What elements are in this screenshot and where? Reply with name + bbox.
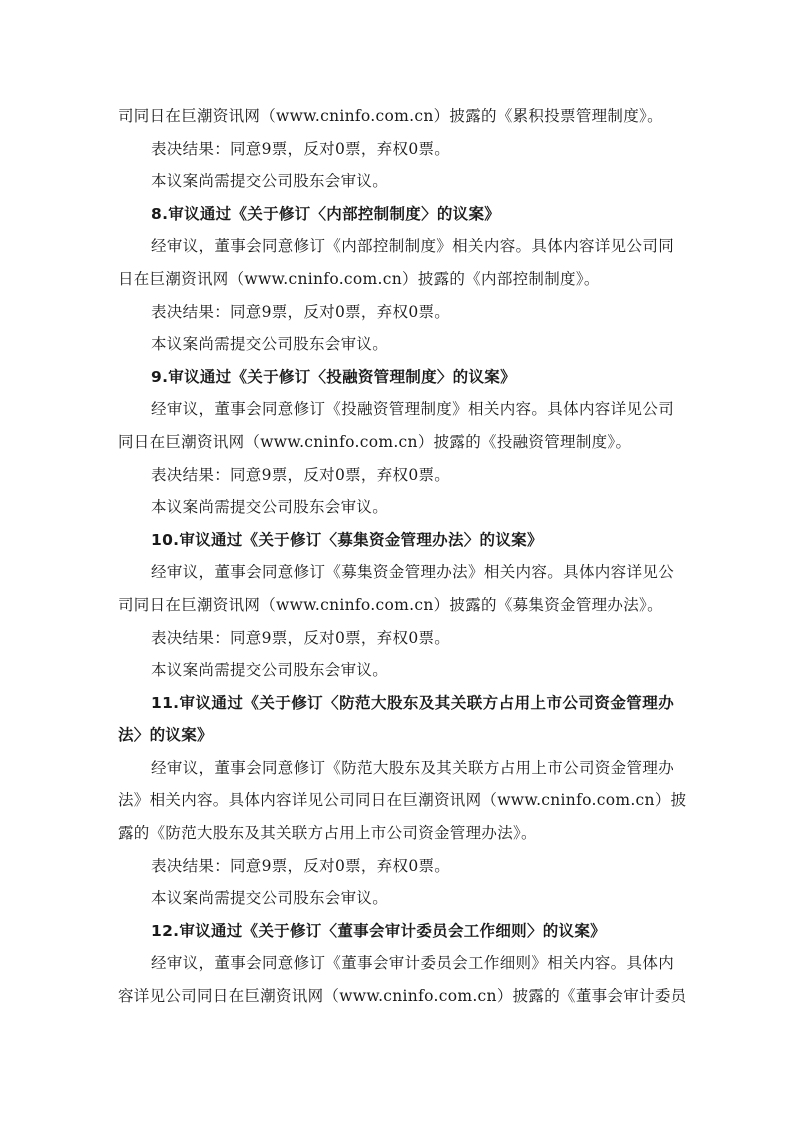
body-text-line: 露的《防范大股东及其关联方占用上市公司资金管理办法》。 [118,817,674,850]
vote-result-line: 表决结果：同意9票，反对0票，弃权0票。 [118,850,674,883]
document-page: 司同日在巨潮资讯网（www.cninfo.com.cn）披露的《累积投票管理制度… [118,100,674,1013]
body-text-line: 经审议，董事会同意修订《募集资金管理办法》相关内容。具体内容详见公 [118,556,674,589]
body-text-line: 经审议，董事会同意修订《投融资管理制度》相关内容。具体内容详见公司 [118,393,674,426]
body-text-line: 容详见公司同日在巨潮资讯网（www.cninfo.com.cn）披露的《董事会审… [118,980,674,1013]
submission-note-line: 本议案尚需提交公司股东会审议。 [118,654,674,687]
vote-result-line: 表决结果：同意9票，反对0票，弃权0票。 [118,133,674,166]
body-text-line: 司同日在巨潮资讯网（www.cninfo.com.cn）披露的《累积投票管理制度… [118,100,674,133]
resolution-heading-11: 11.审议通过《关于修订〈防范大股东及其关联方占用上市公司资金管理办 [118,687,674,720]
vote-result-line: 表决结果：同意9票，反对0票，弃权0票。 [118,622,674,655]
resolution-heading-12: 12.审议通过《关于修订〈董事会审计委员会工作细则〉的议案》 [118,915,674,948]
resolution-heading-8: 8.审议通过《关于修订〈内部控制制度〉的议案》 [118,198,674,231]
submission-note-line: 本议案尚需提交公司股东会审议。 [118,328,674,361]
vote-result-line: 表决结果：同意9票，反对0票，弃权0票。 [118,459,674,492]
body-text-line: 经审议，董事会同意修订《董事会审计委员会工作细则》相关内容。具体内 [118,947,674,980]
body-text-line: 日在巨潮资讯网（www.cninfo.com.cn）披露的《内部控制制度》。 [118,263,674,296]
body-text-line: 司同日在巨潮资讯网（www.cninfo.com.cn）披露的《募集资金管理办法… [118,589,674,622]
resolution-heading-9: 9.审议通过《关于修订〈投融资管理制度〉的议案》 [118,361,674,394]
body-text-line: 经审议，董事会同意修订《防范大股东及其关联方占用上市公司资金管理办 [118,752,674,785]
resolution-heading-10: 10.审议通过《关于修订〈募集资金管理办法〉的议案》 [118,524,674,557]
body-text-line: 经审议，董事会同意修订《内部控制制度》相关内容。具体内容详见公司同 [118,230,674,263]
body-text-line: 同日在巨潮资讯网（www.cninfo.com.cn）披露的《投融资管理制度》。 [118,426,674,459]
resolution-heading-11-cont: 法〉的议案》 [118,719,674,752]
submission-note-line: 本议案尚需提交公司股东会审议。 [118,491,674,524]
submission-note-line: 本议案尚需提交公司股东会审议。 [118,882,674,915]
body-text-line: 法》相关内容。具体内容详见公司同日在巨潮资讯网（www.cninfo.com.c… [118,784,674,817]
submission-note-line: 本议案尚需提交公司股东会审议。 [118,165,674,198]
vote-result-line: 表决结果：同意9票，反对0票，弃权0票。 [118,296,674,329]
